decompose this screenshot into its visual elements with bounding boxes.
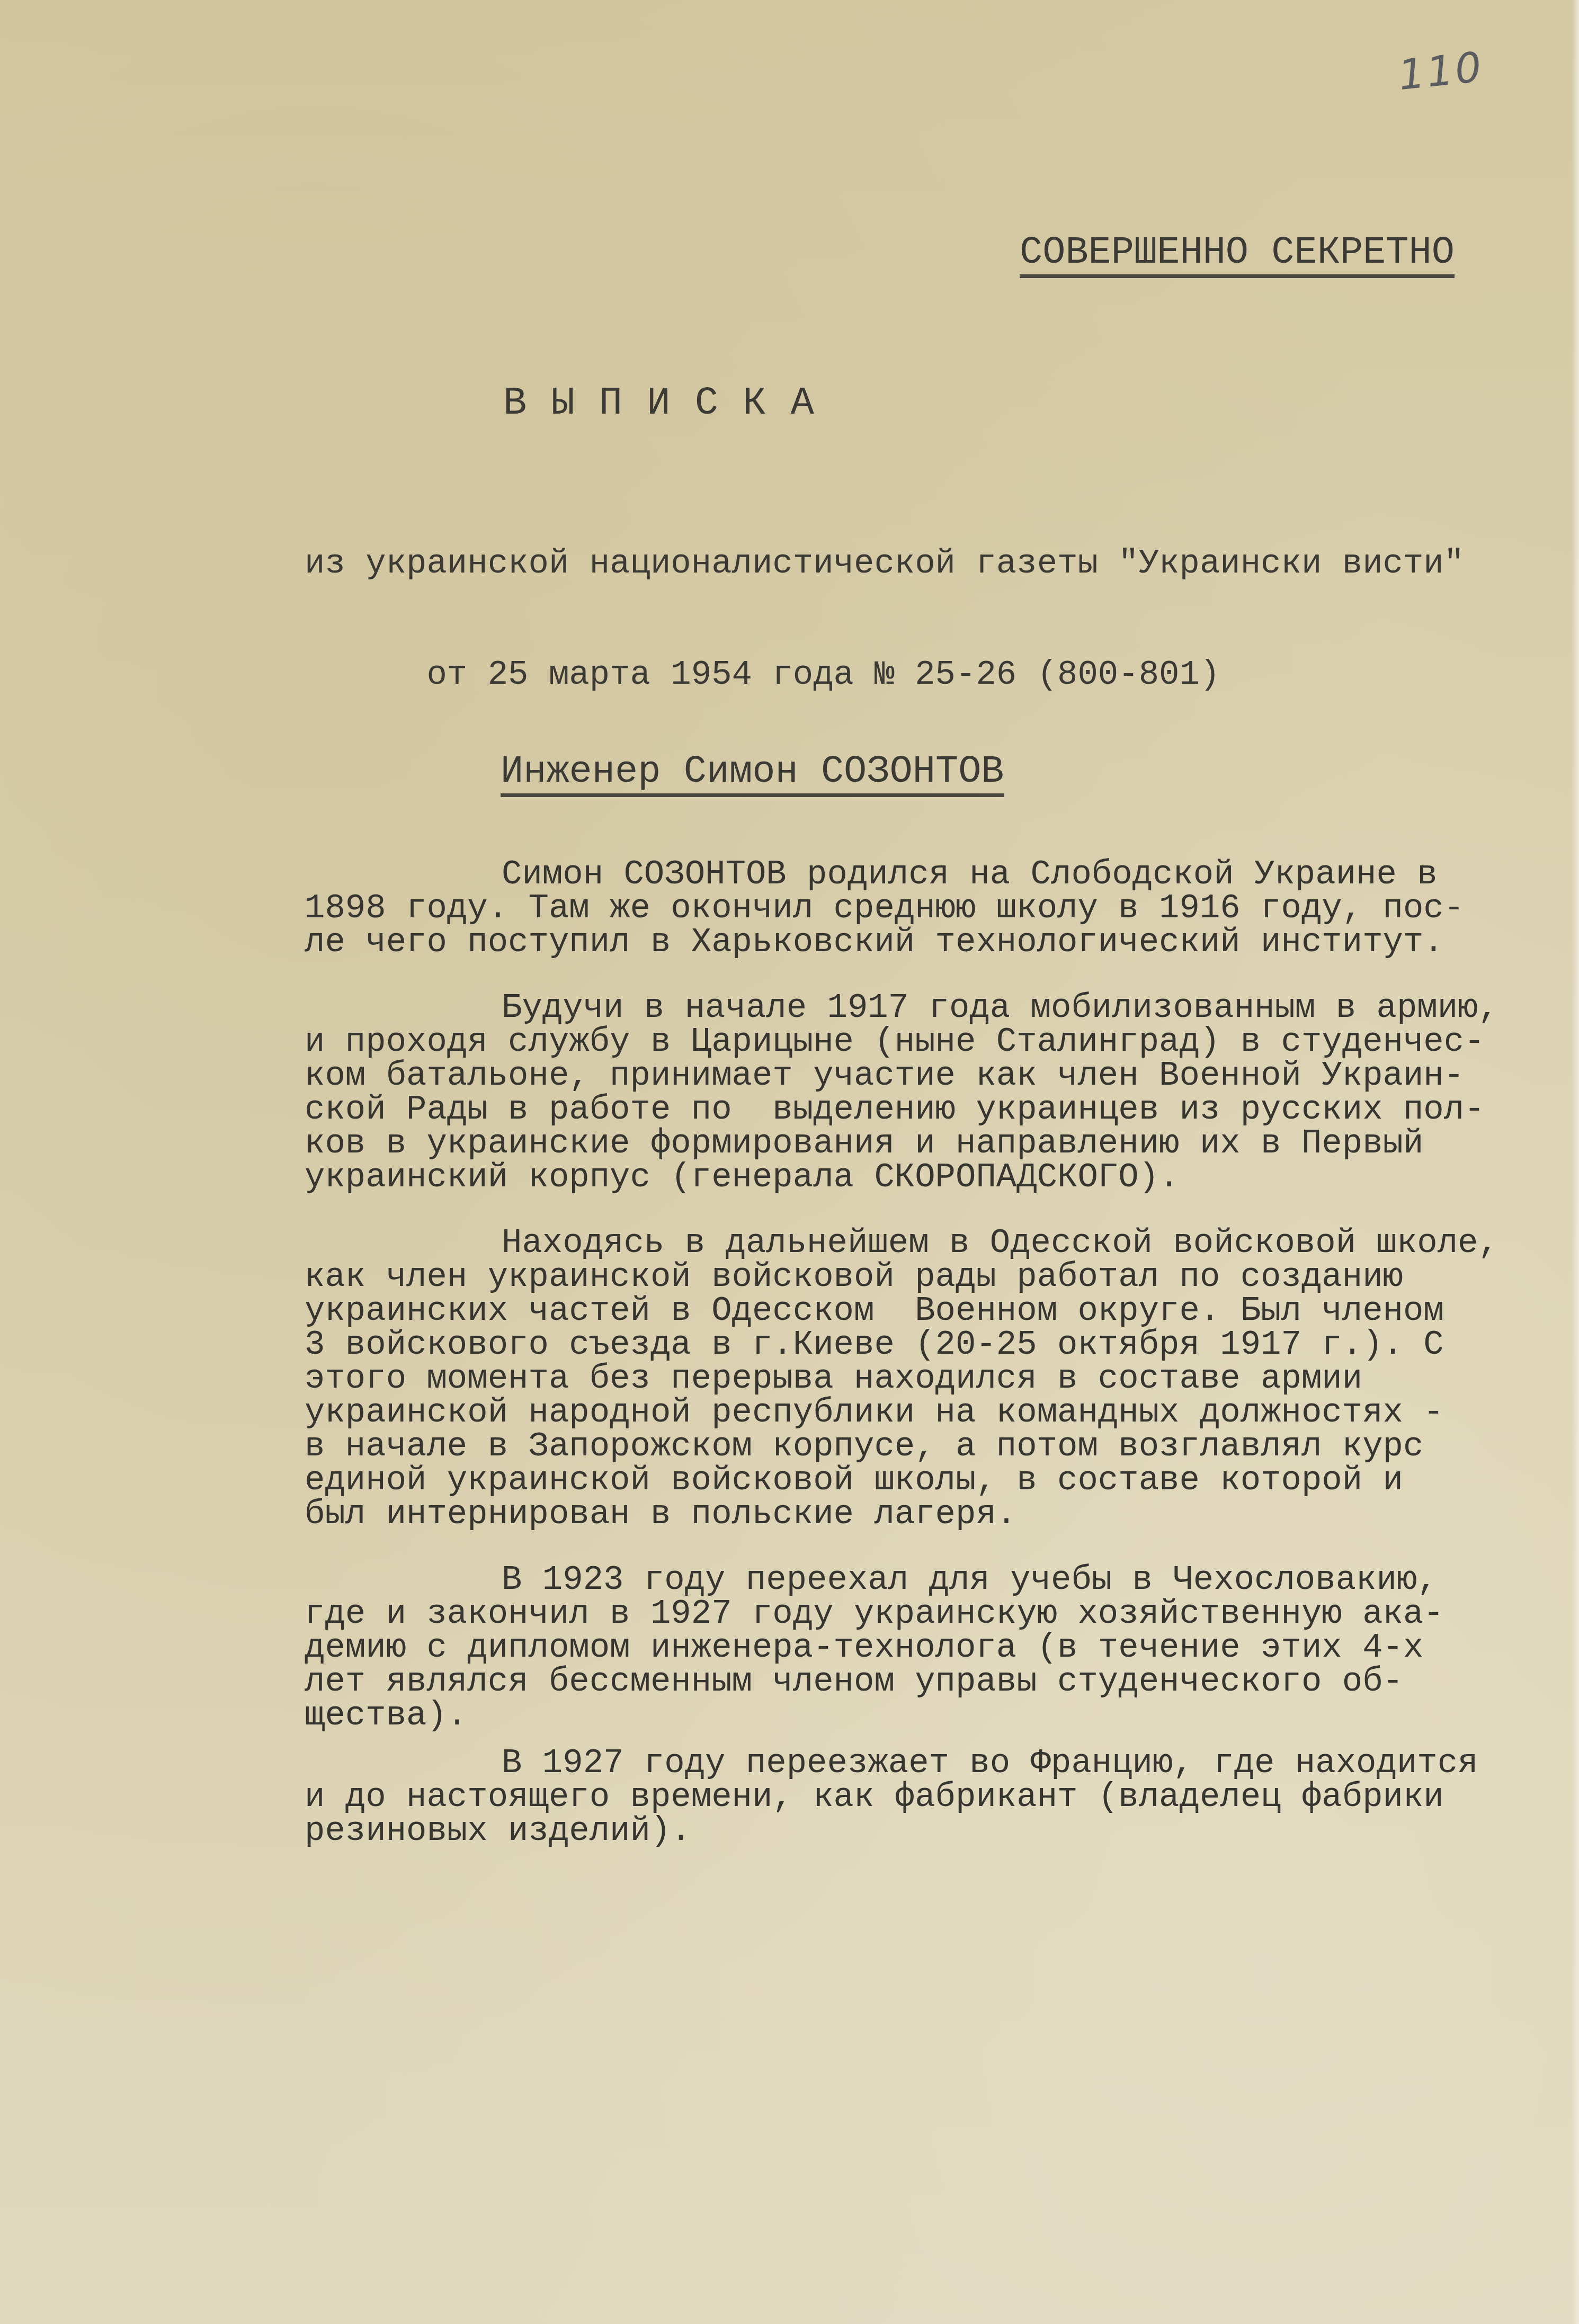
document-body: Симон СОЗОНТОВ родился на Слободской Укр… <box>305 858 1576 1880</box>
paragraph-mobilization: Будучи в начале 1917 года мобилизованным… <box>305 991 1576 1195</box>
text-line: лет являлся бессменным членом управы сту… <box>305 1665 1576 1699</box>
text-line: резиновых изделий). <box>305 1814 1576 1848</box>
paragraph-france: В 1927 году переезжает во Францию, где н… <box>305 1747 1576 1848</box>
text-line: ков в украинские формирования и направле… <box>305 1127 1576 1161</box>
paragraph-birth: Симон СОЗОНТОВ родился на Слободской Укр… <box>305 858 1576 960</box>
text-line: и проходя службу в Царицыне (ныне Сталин… <box>305 1025 1576 1059</box>
folio-number: 110 <box>1396 43 1486 100</box>
text-line: 1898 году. Там же окончил среднюю школу … <box>305 892 1576 926</box>
text-line: единой украинской войсковой школы, в сос… <box>305 1464 1576 1498</box>
text-line: Симон СОЗОНТОВ родился на Слободской Укр… <box>305 858 1576 892</box>
text-line: 3 войскового съезда в г.Киеве (20-25 окт… <box>305 1328 1576 1362</box>
section-heading: Инженер Симон СОЗОНТОВ <box>501 752 1004 797</box>
text-line: украинской народной республики на команд… <box>305 1396 1576 1430</box>
document-title: ВЫПИСКА <box>503 381 838 426</box>
text-line: украинских частей в Одесском Военном окр… <box>305 1294 1576 1328</box>
subtitle-line: из украинской националистической газеты … <box>305 546 1576 583</box>
text-line: В 1927 году переезжает во Францию, где н… <box>305 1747 1576 1781</box>
text-line: ле чего поступил в Харьковский технологи… <box>305 926 1576 960</box>
paragraph-odessa: Находясь в дальнейшем в Одесской войсков… <box>305 1227 1576 1532</box>
text-line: в начале в Запорожском корпусе, а потом … <box>305 1430 1576 1464</box>
text-line: где и закончил в 1927 году украинскую хо… <box>305 1597 1576 1631</box>
paragraph-czechoslovakia: В 1923 году переехал для учебы в Чехосло… <box>305 1563 1576 1733</box>
text-line: и до настоящего времени, как фабрикант (… <box>305 1781 1576 1814</box>
text-line: Будучи в начале 1917 года мобилизованным… <box>305 991 1576 1025</box>
text-line: В 1923 году переехал для учебы в Чехосло… <box>305 1563 1576 1597</box>
text-line: демию с дипломом инженера-технолога (в т… <box>305 1631 1576 1665</box>
text-line: ком батальоне, принимает участие как чле… <box>305 1059 1576 1093</box>
text-line: Находясь в дальнейшем в Одесской войсков… <box>305 1227 1576 1261</box>
text-line: украинский корпус (генерала СКОРОПАДСКОГ… <box>305 1161 1576 1195</box>
document-page: 110 СОВЕРШЕННО СЕКРЕТНО ВЫПИСКА из украи… <box>0 0 1579 2324</box>
text-line: щества). <box>305 1699 1576 1733</box>
classification-stamp: СОВЕРШЕННО СЕКРЕТНО <box>1020 233 1455 278</box>
text-line: как член украинской войсковой рады работ… <box>305 1261 1576 1294</box>
text-line: этого момента без перерыва находился в с… <box>305 1362 1576 1396</box>
text-line: ской Рады в работе по выделению украинце… <box>305 1093 1576 1127</box>
document-subtitle: из украинской националистической газеты … <box>305 471 1576 768</box>
subtitle-line: от 25 марта 1954 года № 25-26 (800-801) <box>305 657 1576 694</box>
text-line: был интернирован в польские лагеря. <box>305 1498 1576 1532</box>
